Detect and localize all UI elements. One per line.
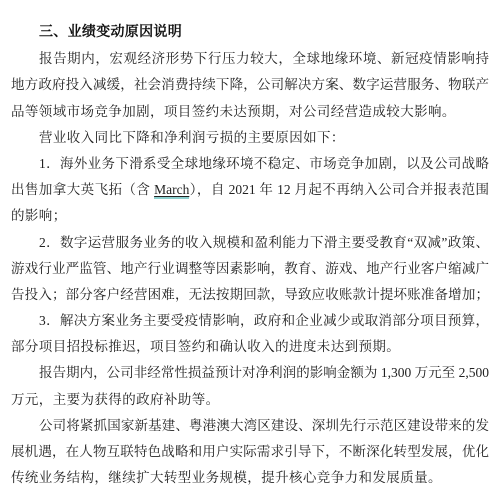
text-line: 告投入；部分客户经营困难，无法按期回款，导致应收账款计提坏账准备增加； — [11, 282, 489, 308]
text-segment: 出售加拿大英飞拓（含 — [11, 182, 154, 197]
text-line: 1．海外业务下滑系受全球地缘环境不稳定、市场竞争加剧，以及公司战略 — [11, 151, 489, 177]
text-line: 的影响； — [11, 203, 489, 229]
text-line: 游戏行业严监管、地产行业调整等因素影响，教育、游戏、地产行业客户缩减广 — [11, 256, 489, 282]
paragraph-intro: 报告期内，宏观经济形势下行压力较大，全球地缘环境、新冠疫情影响持续， 地方政府投… — [11, 46, 489, 125]
text-line: 报告期内，宏观经济形势下行压力较大，全球地缘环境、新冠疫情影响持续， — [11, 46, 489, 72]
paragraph-non-recurring: 报告期内，公司非经常性损益预计对净利润的影响金额为 1,300 万元至 2,50… — [11, 360, 489, 412]
text-line: 展机遇，在人物互联特色战略和用户实际需求引导下，不断深化转型发展，优化 — [11, 439, 489, 465]
text-line: 部分项目招投标推迟，项目签约和确认收入的进度未达到预期。 — [11, 334, 489, 360]
text-line: 地方政府投入减缓，社会消费持续下降，公司解决方案、数字运营服务、物联产 — [11, 72, 489, 98]
text-line: 报告期内，公司非经常性损益预计对净利润的影响金额为 1,300 万元至 2,50… — [11, 360, 489, 386]
text-line: 公司将紧抓国家新基建、粤港澳大湾区建设、深圳先行示范区建设带来的发 — [11, 413, 489, 439]
paragraph-reason-3: 3．解决方案业务主要受疫情影响，政府和企业减少或取消部分项目预算， 部分项目招投… — [11, 308, 489, 360]
paragraph-outlook: 公司将紧抓国家新基建、粤港澳大湾区建设、深圳先行示范区建设带来的发 展机遇，在人… — [11, 413, 489, 492]
paragraph-reason-2: 2．数字运营服务业务的收入规模和盈利能力下滑主要受教育“双减”政策、 游戏行业严… — [11, 230, 489, 309]
text-line: 营业收入同比下降和净利润亏损的主要原因如下： — [11, 125, 489, 151]
section-heading: 三、业绩变动原因说明 — [11, 20, 489, 46]
announcement-page: 三、业绩变动原因说明 报告期内，宏观经济形势下行压力较大，全球地缘环境、新冠疫情… — [0, 0, 500, 493]
text-segment: ），自 2021 年 12 月起不再纳入公司合并报表范围 — [189, 182, 489, 197]
text-line: 出售加拿大英飞拓（含 March），自 2021 年 12 月起不再纳入公司合并… — [11, 177, 489, 203]
paragraph-reasons-lead: 营业收入同比下降和净利润亏损的主要原因如下： — [11, 125, 489, 151]
text-line: 3．解决方案业务主要受疫情影响，政府和企业减少或取消部分项目预算， — [11, 308, 489, 334]
text-line: 品等领域市场竞争加剧，项目签约未达预期，对公司经营造成较大影响。 — [11, 99, 489, 125]
paragraph-reason-1: 1．海外业务下滑系受全球地缘环境不稳定、市场竞争加剧，以及公司战略 出售加拿大英… — [11, 151, 489, 230]
text-line: 传统业务结构，继续扩大转型业务规模，提升核心竞争力和发展质量。 — [11, 465, 489, 491]
text-line: 2．数字运营服务业务的收入规模和盈利能力下滑主要受教育“双减”政策、 — [11, 230, 489, 256]
march-link[interactable]: March — [154, 182, 189, 199]
text-line: 万元，主要为获得的政府补助等。 — [11, 387, 489, 413]
